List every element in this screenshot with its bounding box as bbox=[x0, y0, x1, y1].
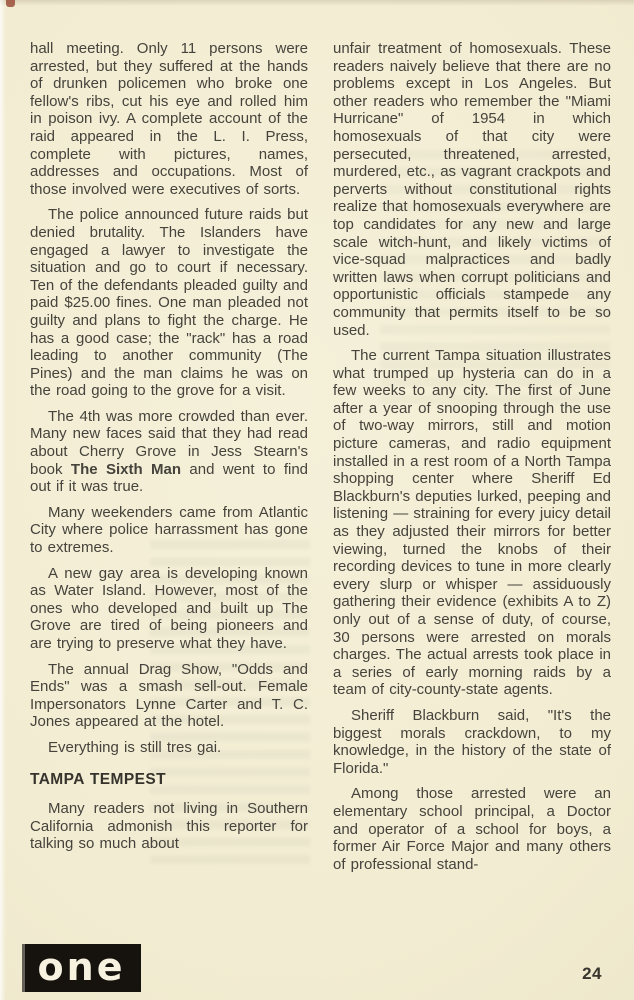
left-column: hall meeting. Only 11 persons were arres… bbox=[30, 40, 308, 955]
one-magazine-logo: one bbox=[22, 944, 141, 992]
paragraph: Sheriff Blackburn said, "It's the bigges… bbox=[333, 707, 611, 777]
paragraph: The annual Drag Show, "Odds and Ends" wa… bbox=[30, 661, 308, 731]
paragraph: hall meeting. Only 11 persons were arres… bbox=[30, 40, 308, 198]
paragraph: The current Tampa situation illustrates … bbox=[333, 347, 611, 699]
section-heading-tampa-tempest: TAMPA TEMPEST bbox=[30, 771, 308, 789]
paragraph: The police announced future raids but de… bbox=[30, 206, 308, 400]
scan-artifact-mark bbox=[6, 0, 15, 7]
paragraph: unfair treatment of homosexuals. These r… bbox=[333, 40, 611, 339]
one-magazine-logo-text: one bbox=[38, 948, 126, 986]
magazine-page: hall meeting. Only 11 persons were arres… bbox=[0, 0, 634, 1000]
article-body: hall meeting. Only 11 persons were arres… bbox=[30, 40, 611, 955]
paragraph: Many weekenders came from Atlantic City … bbox=[30, 504, 308, 557]
paragraph: Everything is still tres gai. bbox=[30, 739, 308, 757]
paragraph: A new gay area is developing known as Wa… bbox=[30, 565, 308, 653]
paragraph: The 4th was more crowded than ever. Many… bbox=[30, 408, 308, 496]
book-title: The Sixth Man bbox=[71, 461, 181, 478]
paragraph: Many readers not living in Southern Cali… bbox=[30, 800, 308, 853]
paragraph: Among those arrested were an elementary … bbox=[333, 785, 611, 873]
right-column: unfair treatment of homosexuals. These r… bbox=[333, 40, 611, 955]
page-number: 24 bbox=[582, 964, 602, 984]
